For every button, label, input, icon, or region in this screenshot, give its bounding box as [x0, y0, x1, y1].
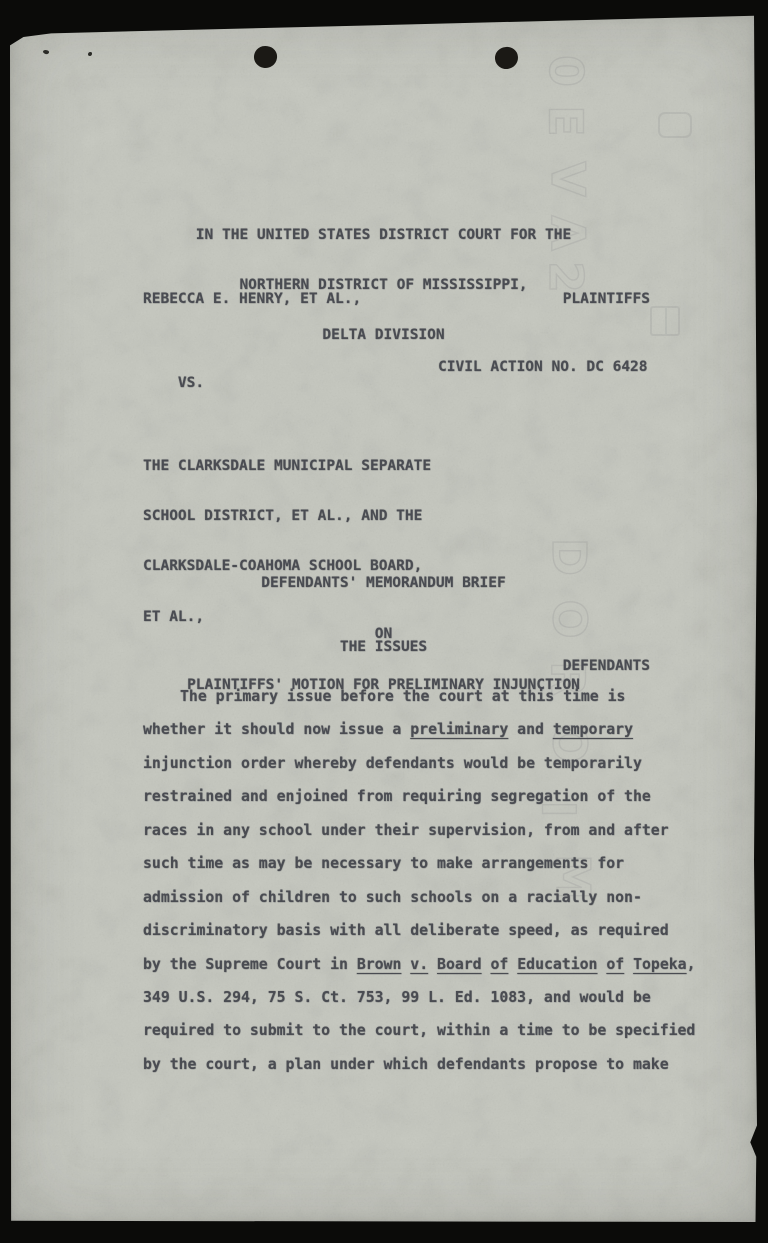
document-page: 0EVA2DOROIM IN THE UNITED STATES DISTRIC… [10, 14, 757, 1222]
defendants-name-line: SCHOOL DISTRICT, ET AL., AND THE [143, 508, 650, 525]
civil-action-number: CIVIL ACTION NO. DC 6428 [438, 359, 648, 375]
bleedthrough-mark [658, 112, 692, 138]
ink-speck [42, 49, 49, 55]
body-line: by the Supreme Court in Brown v. Board o… [143, 948, 728, 981]
stamp-glyph: V [541, 161, 595, 197]
body-line: races in any school under their supervis… [143, 814, 728, 847]
ink-speck [88, 52, 92, 56]
punch-hole [494, 46, 519, 70]
caption-plaintiffs-row: REBECCA E. HENRY, ET AL., PLAINTIFFS [143, 291, 650, 307]
body-line: by the court, a plan under which defenda… [143, 1048, 728, 1081]
punch-hole [253, 45, 279, 70]
court-header-line: DELTA DIVISION [10, 327, 757, 344]
body-line: admission of children to such schools on… [143, 881, 728, 914]
body-line: restrained and enjoined from requiring s… [143, 780, 728, 813]
body-line: injunction order whereby defendants woul… [143, 747, 728, 780]
versus-label: VS. [178, 375, 204, 391]
body-line: 349 U.S. 294, 75 S. Ct. 753, 99 L. Ed. 1… [143, 981, 728, 1014]
court-header: IN THE UNITED STATES DISTRICT COURT FOR … [10, 194, 757, 377]
stamp-glyph: E [539, 105, 593, 136]
body-line: The primary issue before the court at th… [143, 680, 728, 713]
body-line: discriminatory basis with all deliberate… [143, 914, 728, 947]
stamp-glyph: 0 [539, 55, 593, 87]
body-line: such time as may be necessary to make ar… [143, 847, 728, 880]
plaintiffs-role-label: PLAINTIFFS [563, 291, 650, 307]
body-line: whether it should now issue a preliminar… [143, 713, 728, 746]
brief-title-line: DEFENDANTS' MEMORANDUM BRIEF [10, 575, 757, 592]
section-heading: THE ISSUES [10, 639, 757, 655]
plaintiffs-name: REBECCA E. HENRY, ET AL., [143, 291, 361, 307]
body-line: required to submit to the court, within … [143, 1014, 728, 1047]
defendants-name-line: THE CLARKSDALE MUNICIPAL SEPARATE [143, 458, 650, 475]
body-paragraph: The primary issue before the court at th… [143, 680, 728, 1081]
court-header-line: IN THE UNITED STATES DISTRICT COURT FOR … [10, 227, 757, 244]
caption-versus-row: VS. CIVIL ACTION NO. DC 6428 [143, 359, 650, 423]
